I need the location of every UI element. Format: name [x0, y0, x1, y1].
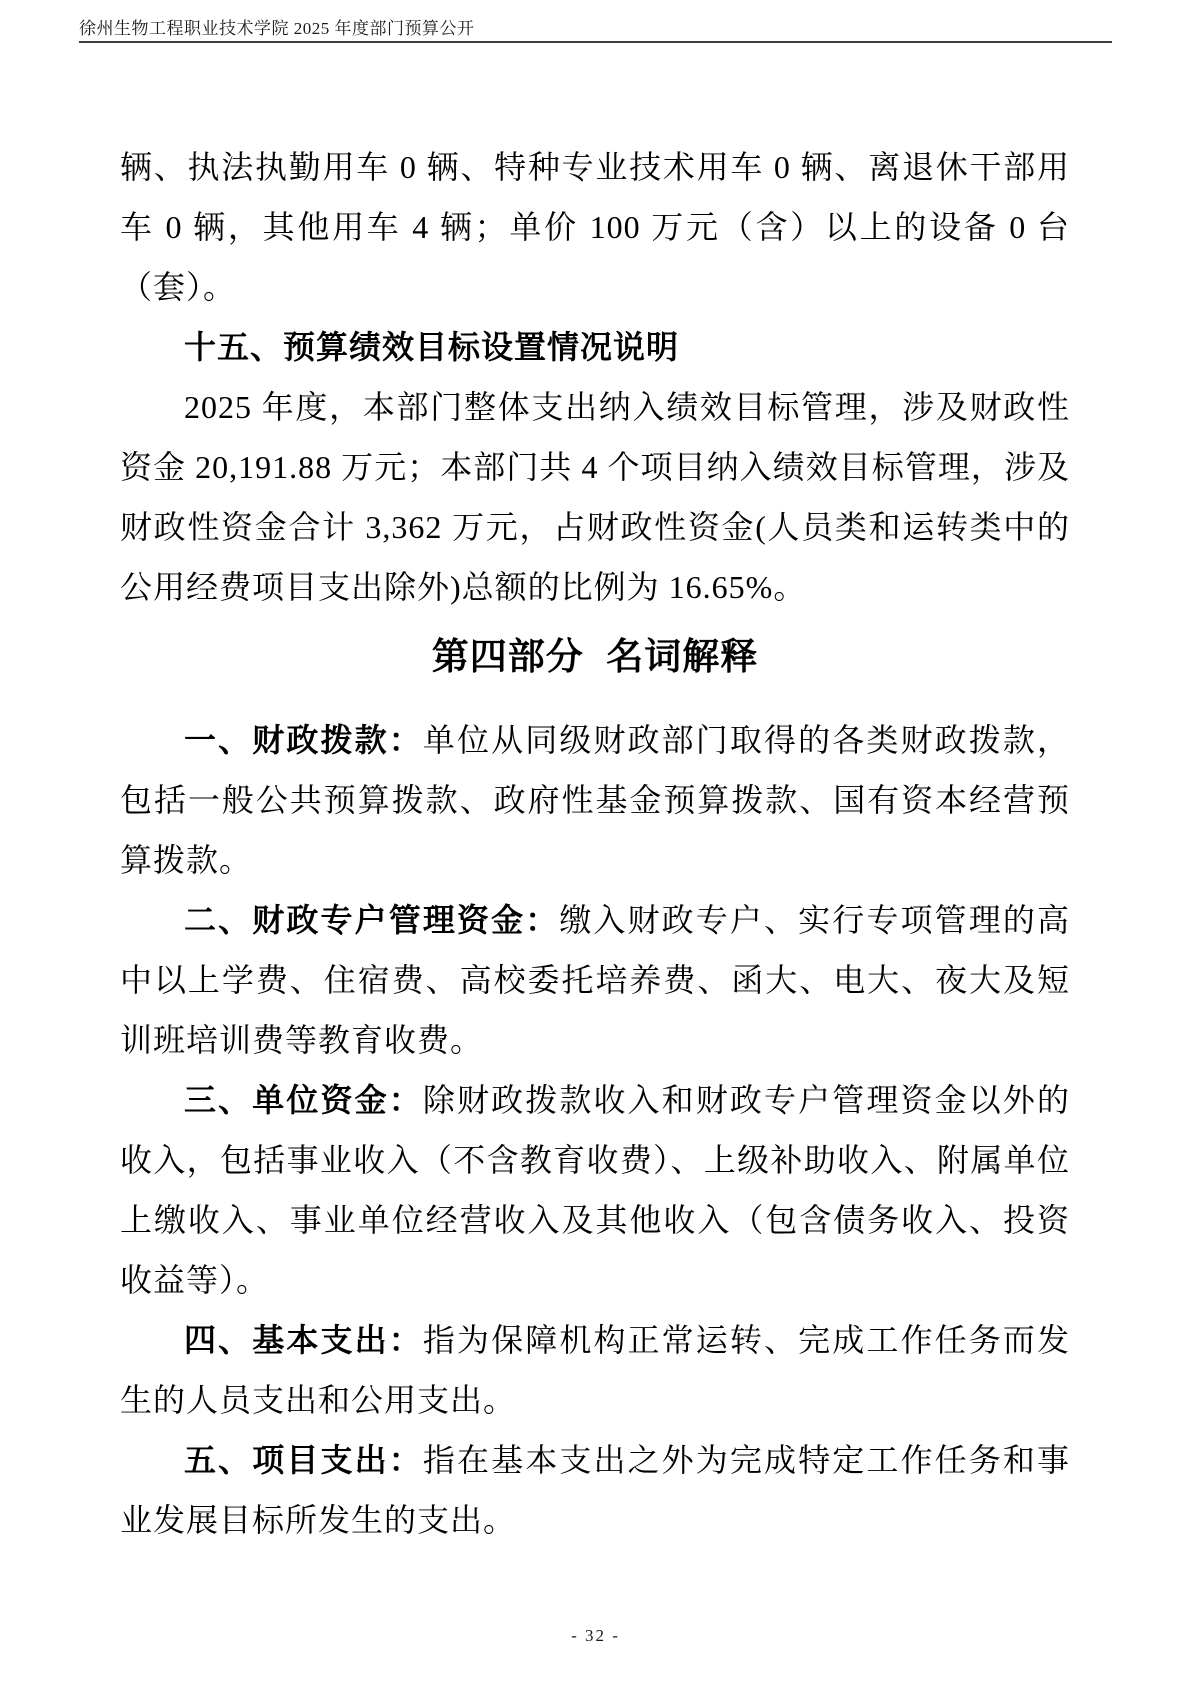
document-body: 辆、执法执勤用车 0 辆、特种专业技术用车 0 辆、离退休干部用车 0 辆，其他…: [120, 137, 1070, 1550]
page-number: - 32 -: [0, 1626, 1191, 1646]
term-paragraph-unit-funds: 三、单位资金：除财政拨款收入和财政专户管理资金以外的收入，包括事业收入（不含教育…: [120, 1070, 1070, 1310]
header-rule: [79, 41, 1112, 43]
term-lead-special-account-funds: 二、财政专户管理资金：: [184, 902, 559, 938]
term-lead-project-expenditure: 五、项目支出：: [184, 1442, 423, 1478]
section-15-paragraph: 2025 年度，本部门整体支出纳入绩效目标管理，涉及财政性资金 20,191.8…: [120, 377, 1070, 617]
section-15-heading: 十五、预算绩效目标设置情况说明: [120, 317, 1070, 377]
term-lead-fiscal-appropriation: 一、财政拨款：: [184, 722, 423, 758]
part-4-title: 第四部分 名词解释: [120, 632, 1070, 682]
term-paragraph-fiscal-appropriation: 一、财政拨款：单位从同级财政部门取得的各类财政拨款，包括一般公共预算拨款、政府性…: [120, 710, 1070, 890]
term-paragraph-special-account-funds: 二、财政专户管理资金：缴入财政专户、实行专项管理的高中以上学费、住宿费、高校委托…: [120, 890, 1070, 1070]
paragraph-vehicles: 辆、执法执勤用车 0 辆、特种专业技术用车 0 辆、离退休干部用车 0 辆，其他…: [120, 137, 1070, 317]
term-lead-unit-funds: 三、单位资金：: [184, 1082, 423, 1118]
term-paragraph-basic-expenditure: 四、基本支出：指为保障机构正常运转、完成工作任务而发生的人员支出和公用支出。: [120, 1310, 1070, 1430]
page-header-title: 徐州生物工程职业技术学院 2025 年度部门预算公开: [79, 14, 475, 39]
document-page: 徐州生物工程职业技术学院 2025 年度部门预算公开 辆、执法执勤用车 0 辆、…: [0, 0, 1191, 1684]
term-paragraph-project-expenditure: 五、项目支出：指在基本支出之外为完成特定工作任务和事业发展目标所发生的支出。: [120, 1430, 1070, 1550]
term-lead-basic-expenditure: 四、基本支出：: [184, 1322, 423, 1358]
